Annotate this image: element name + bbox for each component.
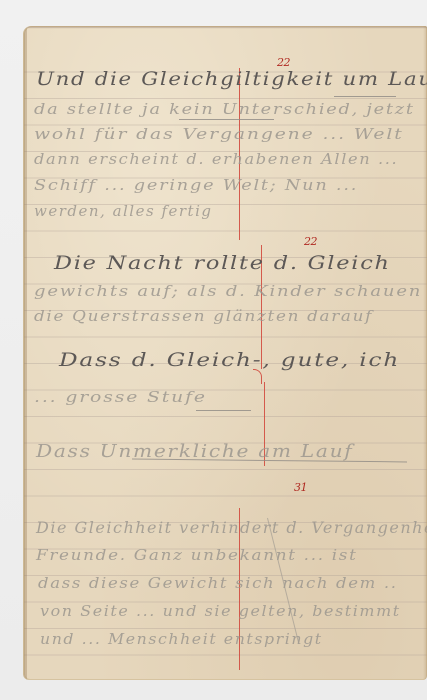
handwritten-line: die Querstrassen glänzten darauf (34, 307, 373, 325)
underline-stroke (196, 410, 251, 411)
handwritten-line: von Seite ... und sie gelten, bestimmt (40, 602, 401, 620)
handwritten-line: wohl für das Vergangene ... Welt (34, 125, 404, 143)
handwritten-line: werden, alles fertig (34, 202, 212, 220)
page-left-edge (24, 26, 27, 680)
underline-stroke (179, 119, 274, 120)
folio-number-3: 31 (294, 481, 307, 494)
handwritten-line: dass diese Gewicht sich nach dem .. (38, 574, 398, 592)
handwritten-line: Die Nacht rollte d. Gleich (54, 252, 391, 274)
handwritten-line: Schiff ... geringe Welt; Nun ... (34, 176, 358, 194)
handwritten-line: Und die Gleichgiltigkeit um Lauf (36, 68, 427, 90)
handwritten-line: ... grosse Stufe (34, 388, 207, 406)
handwritten-line: da stellte ja kein Unterschied, jetzt (34, 100, 415, 118)
scan-background: 22 22 31 Und die Gleichgiltigkeit um Lau… (0, 0, 427, 700)
handwritten-line: Dass d. Gleich-, gute, ich (59, 349, 400, 371)
handwritten-line: Die Gleichheit verhindert d. Vergangenhe… (36, 518, 427, 537)
handwritten-line: Freunde. Ganz unbekannt ... ist (36, 546, 358, 564)
handwritten-line: gewichts auf; als d. Kinder schauen (34, 282, 422, 300)
handwritten-line: und ... Menschheit entspringt (40, 630, 323, 648)
handwritten-line: dann erscheint d. erhabenen Allen ... (34, 150, 398, 168)
folio-number-2: 22 (304, 235, 317, 248)
underline-stroke (334, 96, 396, 97)
manuscript-page: 22 22 31 Und die Gleichgiltigkeit um Lau… (24, 26, 427, 680)
